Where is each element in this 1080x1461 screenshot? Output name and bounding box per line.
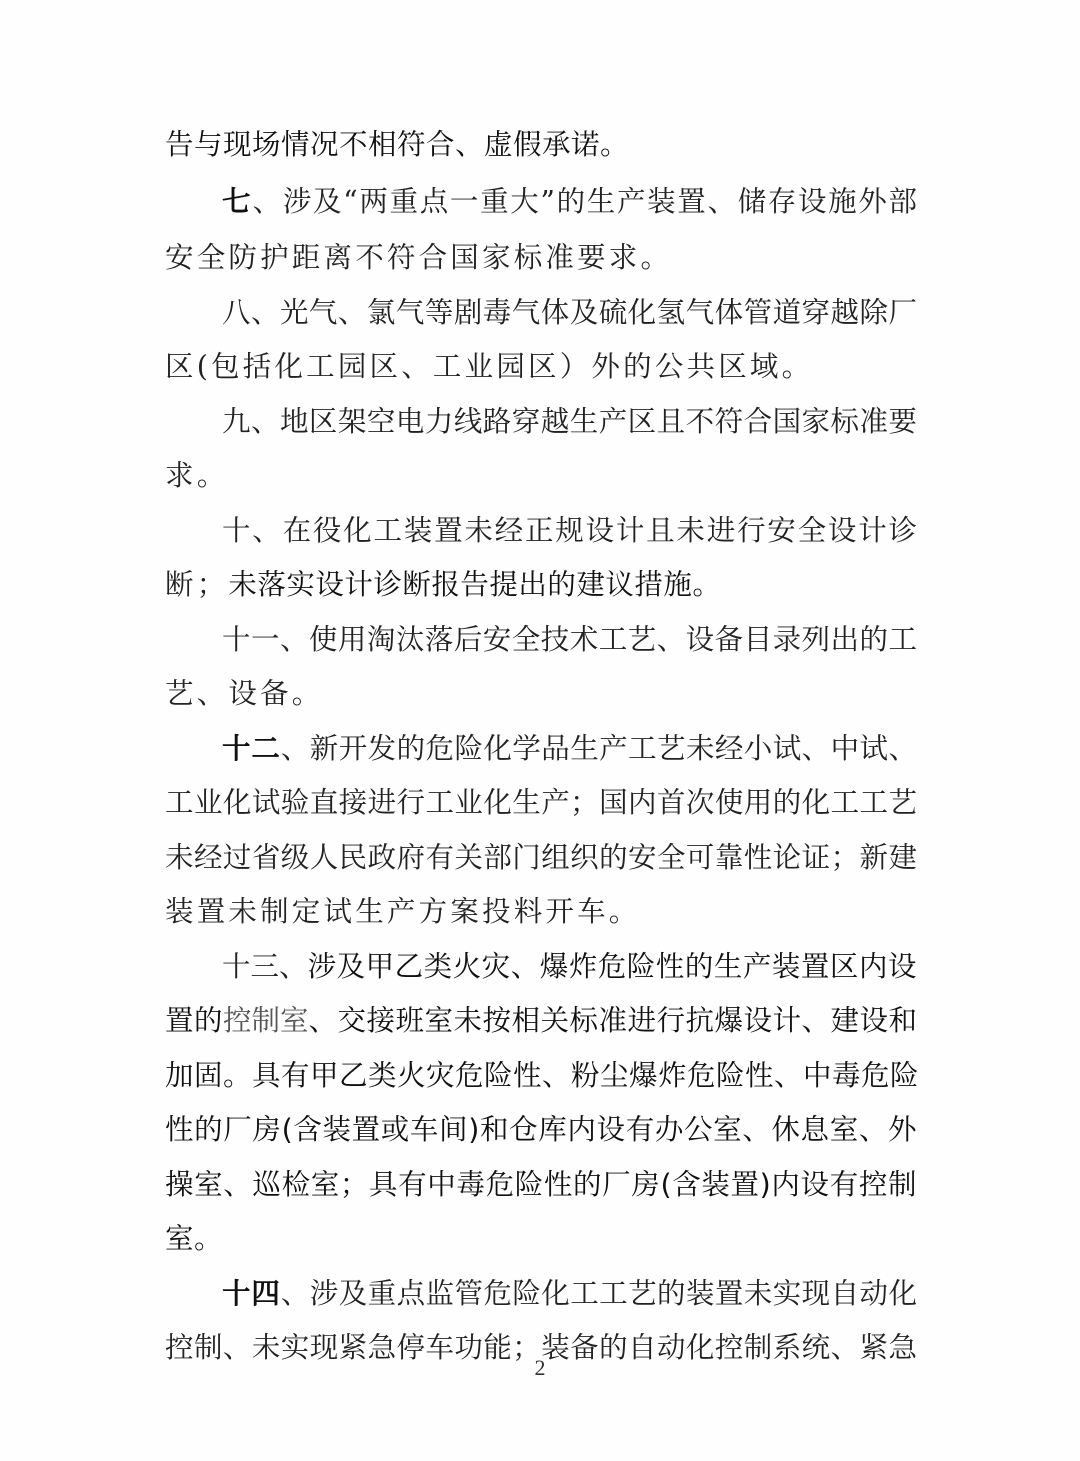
text-run: 加固。具有甲乙类火灾危险性、粉尘爆炸危险性、中毒危险 [165, 1059, 919, 1092]
text-run: 性的厂房(含装置或车间)和仓库内设有办公室、休息室、外 [165, 1113, 917, 1146]
text-line: 性的厂房(含装置或车间)和仓库内设有办公室、休息室、外 [165, 1110, 917, 1150]
text-run: 涉及甲乙类火灾、爆炸危险性的生产装置区内设 [308, 950, 917, 983]
text-run: 十三、 [222, 950, 308, 983]
text-line: 十三、涉及甲乙类火灾、爆炸危险性的生产装置区内设 [222, 947, 917, 987]
text-line: 七、涉及“两重点一重大”的生产装置、储存设施外部 [222, 182, 917, 222]
text-run: 控制室 [223, 1004, 309, 1037]
text-line: 八、光气、氯气等剧毒气体及硫化氢气体管道穿越除厂 [222, 293, 917, 333]
text-run: 室。 [165, 1222, 223, 1255]
page-number: 2 [0, 1355, 1080, 1381]
text-line: 断；未落实设计诊断报告提出的建议措施。 [165, 565, 917, 605]
text-line: 十四、涉及重点监管危险化工工艺的装置未实现自动化 [222, 1274, 917, 1314]
text-line: 安全防护距离不符合国家标准要求。 [165, 238, 917, 278]
text-run: 装置未制定试生产方案投料开车。 [165, 895, 641, 928]
text-run: 艺、设备。 [165, 677, 324, 710]
text-line: 区(包括化工园区、工业园区）外的公共区域。 [165, 347, 917, 387]
text-line: 九、地区架空电力线路穿越生产区且不符合国家标准要 [222, 402, 917, 442]
text-run: 求。 [165, 459, 228, 492]
text-line: 室。 [165, 1219, 917, 1259]
item-number: 七 [222, 185, 253, 218]
text-line: 加固。具有甲乙类火灾危险性、粉尘爆炸危险性、中毒危险 [165, 1056, 917, 1096]
item-number: 十二 [222, 732, 281, 765]
text-line: 装置未制定试生产方案投料开车。 [165, 892, 917, 932]
text-line: 十、在役化工装置未经正规设计且未进行安全设计诊 [222, 511, 917, 551]
item-number: 十四 [222, 1277, 281, 1310]
text-line: 艺、设备。 [165, 674, 917, 714]
text-run: 断； [165, 568, 228, 601]
text-run: 、交接班室未按相关标准进行抗爆设计、建设和 [309, 1004, 918, 1037]
text-line: 求。 [165, 456, 917, 496]
text-line: 未经过省级人民政府有关部门组织的安全可靠性论证；新建 [165, 838, 917, 878]
text-line: 操室、巡检室；具有中毒危险性的厂房(含装置)内设有控制 [165, 1165, 917, 1205]
text-run: 十、在役化工装置未经正规设计且未进行安全设计诊 [222, 514, 917, 547]
text-run: 、涉及重点监管危险化工工艺的装置未实现自动化 [281, 1277, 917, 1310]
text-run: 未经过省级人民政府有关部门组织的安全可靠性论证；新建 [165, 841, 917, 874]
document-page: 告与现场情况不相符合、虚假承诺。七、涉及“两重点一重大”的生产装置、储存设施外部… [0, 0, 1080, 1461]
text-run: 工业化试验直接进行工业化生产；国内首次使用的化工工艺 [165, 786, 917, 819]
text-line: 工业化试验直接进行工业化生产；国内首次使用的化工工艺 [165, 783, 917, 823]
text-line: 告与现场情况不相符合、虚假承诺。 [165, 125, 917, 165]
text-run: 十一、使用淘汰落后安全技术工艺、设备目录列出的工 [222, 623, 917, 656]
text-line: 十一、使用淘汰落后安全技术工艺、设备目录列出的工 [222, 620, 917, 660]
text-run: 九、地区架空电力线路穿越生产区且不符合国家标准要 [222, 405, 917, 438]
text-run: 安全防护距离不符合国家标准要求。 [165, 241, 672, 274]
text-run: 操室、巡检室；具有中毒危险性的厂房(含装置)内设有控制 [165, 1168, 917, 1201]
text-run: 未落实设计诊断报告提出的建议措施。 [228, 568, 721, 601]
text-run: 、新开发的危险化学品生产工艺未经小试、中试、 [281, 732, 917, 765]
text-line: 置的控制室、交接班室未按相关标准进行抗爆设计、建设和 [165, 1001, 917, 1041]
text-run: 区(包括化工园区、工业园区）外的公共区域。 [165, 350, 813, 383]
text-run: 八、光气、氯气等剧毒气体及硫化氢气体管道穿越除厂 [222, 296, 917, 329]
text-run: 、涉及“两重点一重大”的生产装置、储存设施外部 [253, 185, 917, 218]
text-run: 告与现场情况不相符合、虚假承诺。 [165, 128, 629, 161]
text-run: 置的 [165, 1004, 223, 1037]
text-line: 十二、新开发的危险化学品生产工艺未经小试、中试、 [222, 729, 917, 769]
